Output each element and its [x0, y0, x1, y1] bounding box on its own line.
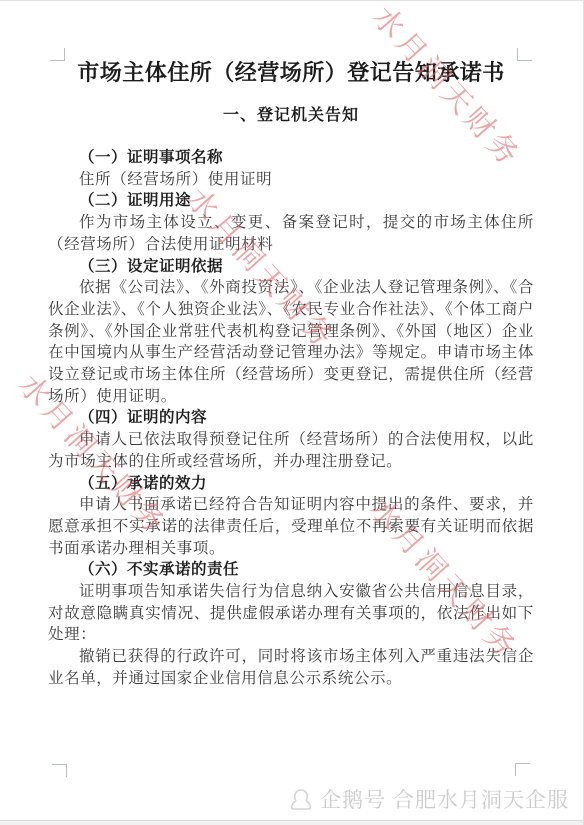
- section-paragraph: 作为市场主体设立、变更、备案登记时，提交的市场主体住所（经营场所）合法使用证明材…: [48, 212, 534, 255]
- footer-credit-label: 企鹅号 合肥水月洞天企服: [320, 784, 569, 814]
- section-heading: （三）设定证明依据: [48, 256, 534, 278]
- margin-corner-mark: [52, 764, 67, 777]
- document-title: 市场主体住所（经营场所）登记告知承诺书: [48, 57, 534, 89]
- document-content: 市场主体住所（经营场所）登记告知承诺书 一、登记机关告知 （一）证明事项名称住所…: [48, 1, 534, 690]
- margin-corner-mark: [515, 763, 530, 776]
- penguin-icon: [288, 786, 314, 813]
- section-heading: （四）证明的内容: [48, 407, 534, 429]
- notice-sections: （一）证明事项名称住所（经营场所）使用证明（二）证明用途作为市场主体设立、变更、…: [48, 147, 534, 690]
- section-heading: （二）证明用途: [48, 190, 534, 212]
- section-heading: （六）不实承诺的责任: [48, 559, 534, 581]
- document-page: 水月洞天财务 水月洞天财务 水月洞天财务 水月洞天财务 市场主体住所（经营场所）…: [0, 0, 584, 825]
- section-paragraph: 证明事项告知承诺失信行为信息纳入安徽省公共信用信息目录，对故意隐瞒真实情况、提供…: [48, 581, 534, 646]
- section-paragraph: 申请人已依法取得预登记住所（经营场所）的合法使用权，以此为市场主体的住所或经营场…: [48, 429, 534, 472]
- margin-corner-mark: [50, 48, 65, 61]
- page-bottom-edge: [0, 820, 583, 825]
- section-one-heading: 一、登记机关告知: [48, 104, 534, 128]
- section-paragraph: 撤销已获得的行政许可，同时将该市场主体列入严重违法失信企业名单，并通过国家企业信…: [48, 646, 534, 689]
- section-heading: （一）证明事项名称: [48, 147, 534, 169]
- section-paragraph: 住所（经营场所）使用证明: [48, 169, 534, 191]
- section-paragraph: 申请人书面承诺已经符合告知证明内容中提出的条件、要求，并愿意承担不实承诺的法律责…: [48, 494, 534, 559]
- footer-credit: 企鹅号 合肥水月洞天企服: [288, 784, 569, 814]
- section-heading: （五）承诺的效力: [48, 473, 534, 495]
- margin-corner-mark: [517, 48, 532, 61]
- section-paragraph: 依据《公司法》、《外商投资法》、《企业法人登记管理条例》、《合伙企业法》、《个人…: [48, 277, 534, 407]
